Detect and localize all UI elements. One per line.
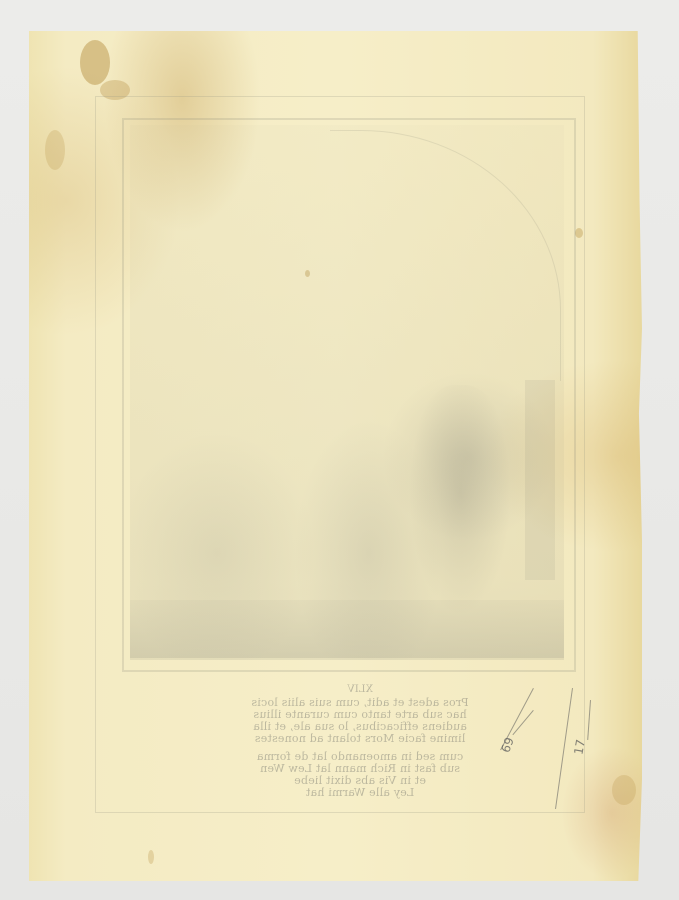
mirrored-caption: XLIV Pros adest et adit, cum suis aliis … (200, 684, 520, 799)
caption-line: audiens efficacibus, lo sua ale, et illa (200, 721, 520, 733)
caption-line: cum sed in amoenando lat de forma (200, 751, 520, 763)
caption-line: Pros adest et adit, cum suis aliis locis (200, 697, 520, 709)
caption-line: hac sub arte tanto cum curante illius (200, 709, 520, 721)
caption-line: et in Vis abs dixit liebe (200, 775, 520, 787)
caption-line: sub fast in Rich mann lat Lew Wen (200, 763, 520, 775)
caption-number: XLIV (200, 684, 520, 696)
foxing-stain (45, 130, 65, 170)
foxing-stain (612, 775, 636, 805)
caption-line: limine facie Mors tolant ad nonestes (200, 733, 520, 745)
foxing-stain (148, 850, 154, 864)
caption-line: Ley alle Warmi hat (200, 787, 520, 799)
pencil-number-right: 17 (571, 738, 587, 755)
foxing-stain (80, 40, 110, 85)
image-border (122, 118, 576, 672)
